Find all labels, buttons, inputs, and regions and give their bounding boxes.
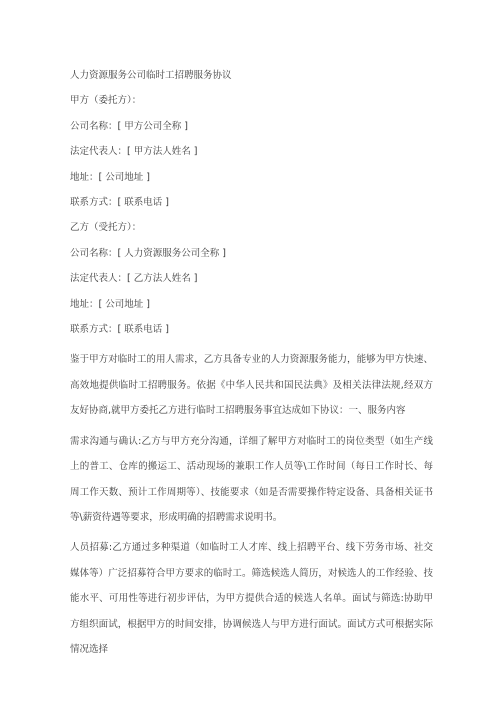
party-a-address: 地址：[ 公司地址 ] [70, 165, 433, 190]
contract-document-page: 人力资源服务公司临时工招聘服务协议 甲方（委托方）： 公司名称：[ 甲方公司全称… [0, 0, 500, 707]
party-a-company-name: 公司名称：[ 甲方公司全称 ] [70, 114, 433, 139]
party-b-contact: 联系方式：[ 联系电话 ] [70, 317, 433, 342]
preamble-paragraph: 鉴于甲方对临时工的用人需求，乙方具备专业的人力资源服务能力，能够为甲方快速、高效… [70, 347, 433, 423]
document-title: 人力资源服务公司临时工招聘服务协议 [70, 63, 433, 88]
recruitment-paragraph: 人员招募:乙方通过多种渠道（如临时工人才库、线上招聘平台、线下劳务市场、社交媒体… [70, 535, 433, 662]
party-a-heading: 甲方（委托方）： [70, 88, 433, 113]
party-b-address: 地址：[ 公司地址 ] [70, 292, 433, 317]
party-b-heading: 乙方（受托方）： [70, 215, 433, 240]
party-b-legal-representative: 法定代表人：[ 乙方法人姓名 ] [70, 266, 433, 291]
requirement-communication-paragraph: 需求沟通与确认:乙方与甲方充分沟通，详细了解甲方对临时工的岗位类型（如生产线上的… [70, 429, 433, 531]
party-a-contact: 联系方式：[ 联系电话 ] [70, 190, 433, 215]
party-b-company-name: 公司名称：[ 人力资源服务公司全称 ] [70, 241, 433, 266]
party-a-legal-representative: 法定代表人：[ 甲方法人姓名 ] [70, 139, 433, 164]
